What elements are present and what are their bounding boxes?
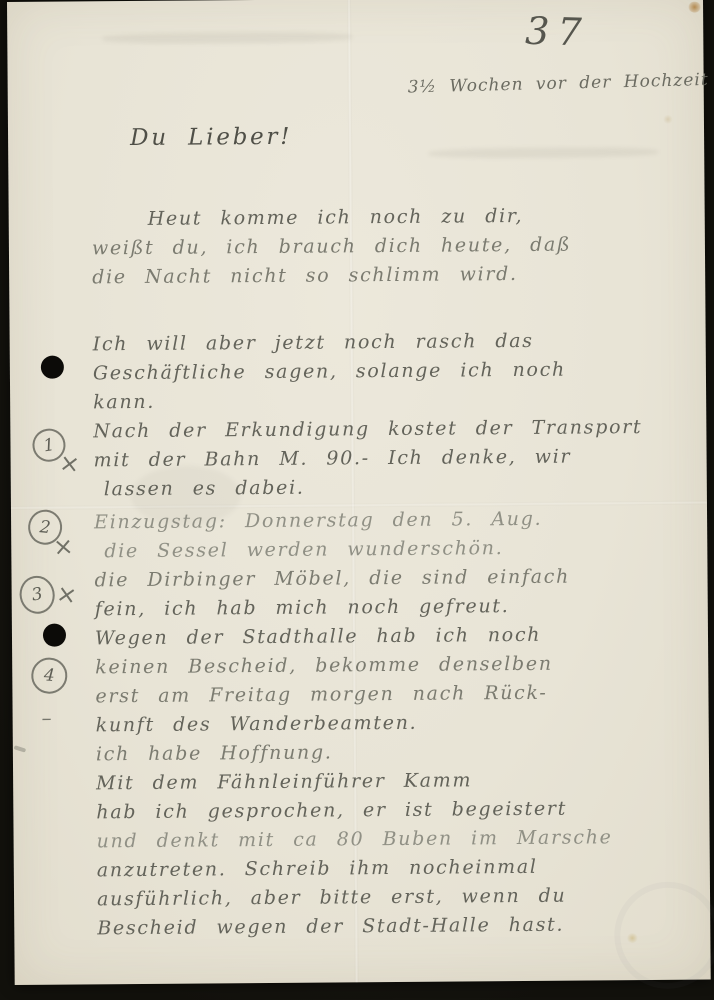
page-number: 37: [525, 9, 591, 55]
letter-line: Einzugstag: Donnerstag den 5. Aug.: [94, 504, 700, 538]
x-mark: ×: [52, 534, 74, 559]
hole-punch: [41, 356, 64, 379]
letter-line: die Sessel werden wunderschön.: [104, 533, 700, 567]
letter-line: die Dirbinger Möbel, die sind einfach: [94, 562, 700, 596]
letter-line: die Nacht nicht so schlimm wird.: [92, 259, 698, 293]
letter-line: erst am Freitag morgen nach Rück-: [95, 678, 701, 712]
pencil-smudge: [14, 745, 27, 752]
margin-number-label: 1: [42, 434, 56, 455]
letter-line: kunft des Wanderbeamten.: [96, 707, 702, 741]
margin-number-label: 3: [30, 584, 44, 606]
letter-line: kann.: [93, 384, 699, 418]
margin-number-label: 4: [43, 665, 55, 686]
letter-line: keinen Bescheid, bekomme denselben: [95, 649, 701, 683]
letter-line: weißt du, ich brauch dich heute, daß: [92, 230, 698, 264]
letter-line: Heut komme ich noch zu dir,: [148, 201, 698, 234]
date-annotation: 3½ Wochen vor der Hochzeit: [407, 70, 714, 98]
letter-line: lassen es dabei.: [104, 471, 700, 505]
letter-line: Ich will aber jetzt noch rasch das: [93, 326, 699, 360]
letter-line: Geschäftliche sagen, solange ich noch: [93, 355, 699, 389]
letter-page: 37 3½ Wochen vor der Hochzeit Du Lieber!…: [7, 0, 711, 985]
foxing-spot: [663, 115, 673, 124]
x-mark: ×: [58, 450, 81, 476]
letter-line: und denkt mit ca 80 Buben im Marsche: [96, 823, 702, 857]
ink-bleedthrough: [428, 147, 658, 159]
dash-mark: –: [42, 706, 52, 730]
ink-bleedthrough: [102, 31, 352, 44]
x-mark: ×: [55, 581, 79, 608]
letter-line: Mit dem Fähnleinführer Kamm: [96, 765, 702, 799]
foxing-spot: [688, 2, 701, 13]
margin-item-number-3: 3: [17, 573, 58, 617]
letter-line: fein, ich hab mich noch gefreut.: [95, 591, 701, 625]
letter-line: ausführlich, aber bitte erst, wenn du: [97, 881, 703, 915]
letter-line: ich habe Hoffnung.: [96, 736, 702, 770]
letter-line: Wegen der Stadthalle hab ich noch: [95, 620, 701, 654]
letter-line: mit der Bahn M. 90.- Ich denke, wir: [93, 442, 699, 476]
letter-line: Nach der Erkundigung kostet der Transpor…: [93, 413, 699, 447]
letter-body: Heut komme ich noch zu dir, weißt du, ic…: [92, 201, 704, 944]
letter-line: anzutreten. Schreib ihm nocheinmal: [97, 852, 703, 886]
margin-item-number-4: 4: [30, 657, 68, 695]
margin-number-label: 2: [39, 517, 52, 538]
hole-punch: [43, 624, 66, 647]
letter-line: Bescheid wegen der Stadt-Halle hast.: [97, 910, 703, 944]
salutation: Du Lieber!: [130, 124, 292, 151]
letter-line: hab ich gesprochen, er ist begeistert: [96, 794, 702, 828]
